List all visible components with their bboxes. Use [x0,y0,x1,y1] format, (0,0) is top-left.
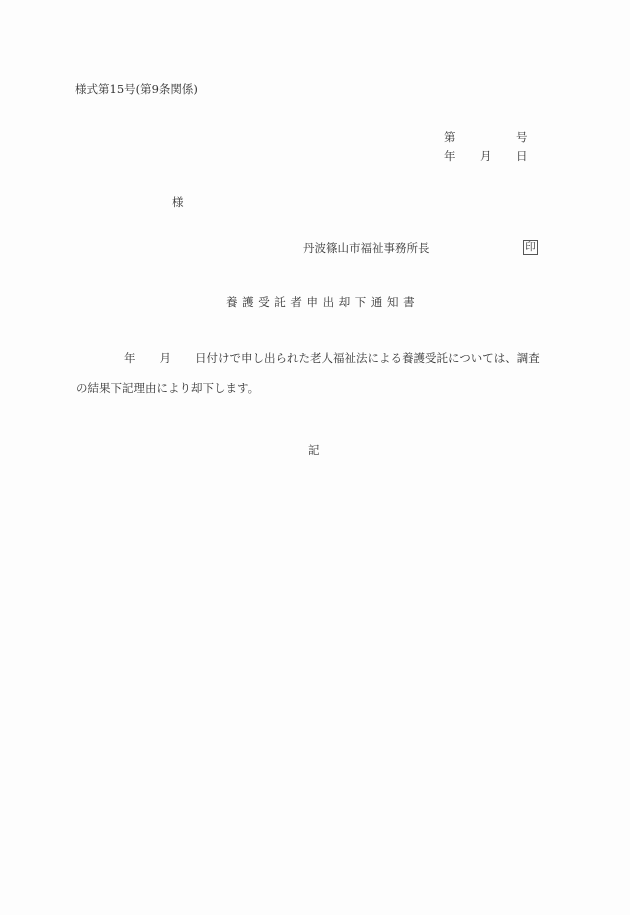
seal-stamp-icon: 印 [523,240,538,255]
form-number: 様式第15号(第9条関係) [75,84,198,96]
body-year-label: 年 [124,351,136,365]
doc-number-prefix: 第 [444,132,456,144]
document-title: 養護受託者申出却下通知書 [226,297,419,309]
date-day-label: 日 [516,151,528,163]
ki-heading: 記 [308,445,320,457]
issuer-name: 丹波篠山市福祉事務所長 [303,243,430,255]
body-line-1: 年月日付けで申し出られた老人福祉法による養護受託については、調査 [124,353,540,365]
body-line-2: の結果下記理由により却下します。 [76,383,259,395]
doc-number-suffix: 号 [516,132,528,144]
body-month-label: 月 [160,351,172,365]
date-month-label: 月 [480,151,492,163]
seal-label: 印 [525,242,536,253]
body-text-1: 日付けで申し出られた老人福祉法による養護受託については、調査 [195,351,540,365]
date-year-label: 年 [444,151,456,163]
addressee-honorific: 様 [172,197,184,209]
